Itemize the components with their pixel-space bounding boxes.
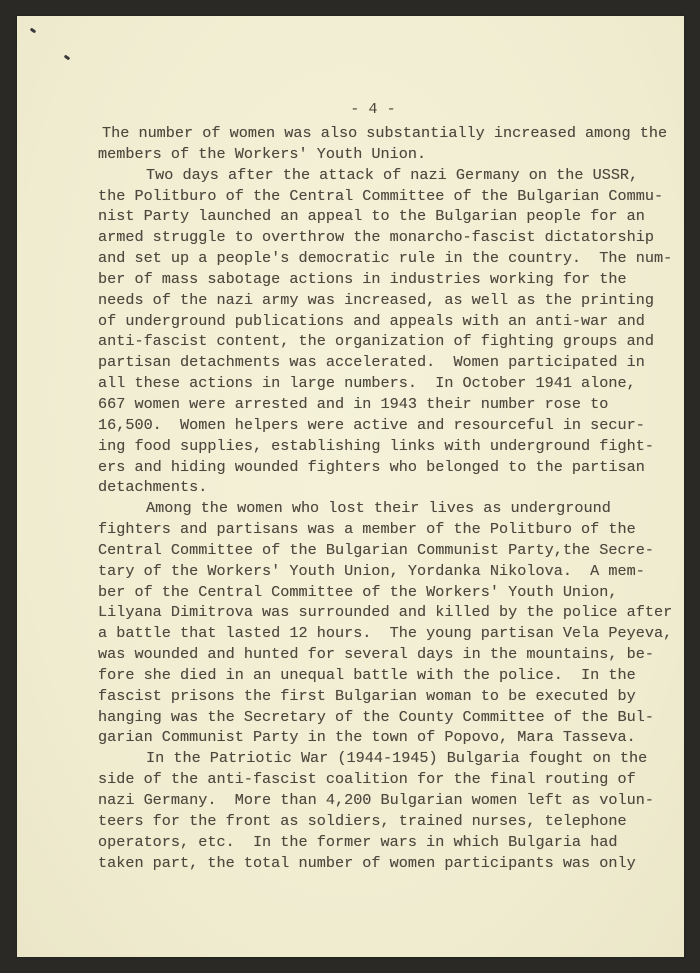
body-text: The number of women was also substantial… (98, 123, 672, 873)
text-line: nist Party launched an appeal to the Bul… (98, 206, 672, 227)
text-line: ber of mass sabotage actions in industri… (98, 269, 672, 290)
text-line: partisan detachments was accelerated. Wo… (98, 352, 672, 373)
text-line: ing food supplies, establishing links wi… (98, 436, 672, 457)
text-line: all these actions in large numbers. In O… (98, 373, 672, 394)
text-line: armed struggle to overthrow the monarcho… (98, 227, 672, 248)
text-line: Among the women who lost their lives as … (98, 498, 672, 519)
text-line: a battle that lasted 12 hours. The young… (98, 623, 672, 644)
text-line: hanging was the Secretary of the County … (98, 707, 672, 728)
text-line: In the Patriotic War (1944-1945) Bulgari… (98, 748, 672, 769)
page-number: - 4 - (17, 100, 684, 118)
text-line: garian Communist Party in the town of Po… (98, 727, 672, 748)
text-line: fascist prisons the first Bulgarian woma… (98, 686, 672, 707)
text-line: teers for the front as soldiers, trained… (98, 811, 672, 832)
text-line: taken part, the total number of women pa… (98, 853, 672, 874)
text-line: fore she died in an unequal battle with … (98, 665, 672, 686)
text-line: 16,500. Women helpers were active and re… (98, 415, 672, 436)
text-line: anti-fascist content, the organization o… (98, 331, 672, 352)
text-line: side of the anti-fascist coalition for t… (98, 769, 672, 790)
text-line: detachments. (98, 477, 672, 498)
text-line: The number of women was also substantial… (98, 123, 672, 144)
text-line: fighters and partisans was a member of t… (98, 519, 672, 540)
text-line: ber of the Central Committee of the Work… (98, 582, 672, 603)
text-line: 667 women were arrested and in 1943 thei… (98, 394, 672, 415)
text-line: members of the Workers' Youth Union. (98, 144, 672, 165)
text-line: needs of the nazi army was increased, as… (98, 290, 672, 311)
text-line: was wounded and hunted for several days … (98, 644, 672, 665)
ink-speck (30, 28, 37, 34)
text-line: and set up a people's democratic rule in… (98, 248, 672, 269)
text-line: Two days after the attack of nazi German… (98, 165, 672, 186)
text-line: the Politburo of the Central Committee o… (98, 186, 672, 207)
text-line: of underground publications and appeals … (98, 311, 672, 332)
text-line: Central Committee of the Bulgarian Commu… (98, 540, 672, 561)
document-page: - 4 - The number of women was also subst… (17, 16, 684, 957)
text-line: tary of the Workers' Youth Union, Yordan… (98, 561, 672, 582)
text-line: ers and hiding wounded fighters who belo… (98, 457, 672, 478)
text-line: nazi Germany. More than 4,200 Bulgarian … (98, 790, 672, 811)
ink-speck (64, 55, 71, 61)
text-line: operators, etc. In the former wars in wh… (98, 832, 672, 853)
text-line: Lilyana Dimitrova was surrounded and kil… (98, 602, 672, 623)
